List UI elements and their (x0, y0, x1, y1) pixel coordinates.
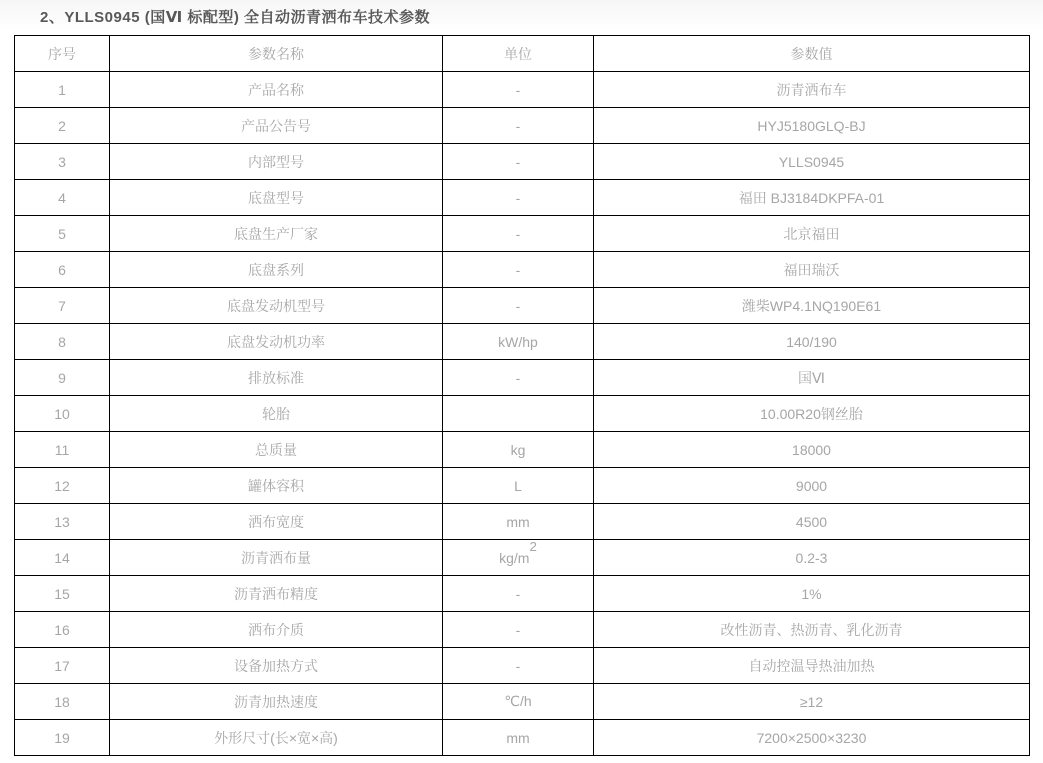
cell-no: 12 (15, 468, 110, 504)
table-row: 8 底盘发动机功率 kW/hp 140/190 (15, 324, 1030, 360)
cell-unit: mm (443, 720, 594, 756)
unit-text: - (516, 118, 521, 134)
cell-param-name: 洒布宽度 (110, 504, 443, 540)
cell-no: 6 (15, 252, 110, 288)
cell-no: 14 (15, 540, 110, 576)
unit-text: - (516, 154, 521, 170)
cell-param-name: 内部型号 (110, 144, 443, 180)
cell-unit: - (443, 108, 594, 144)
cell-param-name: 外形尺寸(长×宽×高) (110, 720, 443, 756)
table-row: 15 沥青洒布精度 - 1% (15, 576, 1030, 612)
header-param-value: 参数值 (594, 36, 1030, 72)
table-row: 19 外形尺寸(长×宽×高) mm 7200×2500×3230 (15, 720, 1030, 756)
unit-text: - (516, 226, 521, 242)
cell-param-value: 自动控温导热油加热 (594, 648, 1030, 684)
cell-no: 7 (15, 288, 110, 324)
cell-param-name: 沥青加热速度 (110, 684, 443, 720)
cell-no: 9 (15, 360, 110, 396)
unit-text: - (516, 190, 521, 206)
cell-param-value: 改性沥青、热沥青、乳化沥青 (594, 612, 1030, 648)
cell-no: 8 (15, 324, 110, 360)
cell-unit: - (443, 288, 594, 324)
cell-param-value: 18000 (594, 432, 1030, 468)
cell-no: 17 (15, 648, 110, 684)
cell-unit: ℃/h (443, 684, 594, 720)
page: 2、YLLS0945 (国Ⅵ 标配型) 全自动沥青洒布车技术参数 序号 参数名称… (0, 0, 1043, 763)
cell-unit: L (443, 468, 594, 504)
unit-text: mm (506, 514, 529, 530)
cell-unit: kg/m2 (443, 540, 594, 576)
cell-no: 10 (15, 396, 110, 432)
cell-param-value: 0.2-3 (594, 540, 1030, 576)
cell-unit (443, 396, 594, 432)
cell-no: 13 (15, 504, 110, 540)
cell-param-name: 沥青洒布精度 (110, 576, 443, 612)
table-header-row: 序号 参数名称 单位 参数值 (15, 36, 1030, 72)
cell-param-name: 底盘型号 (110, 180, 443, 216)
cell-param-value: 140/190 (594, 324, 1030, 360)
cell-unit: - (443, 576, 594, 612)
table-row: 12 罐体容积 L 9000 (15, 468, 1030, 504)
cell-param-name: 底盘系列 (110, 252, 443, 288)
table-row: 14 沥青洒布量 kg/m2 0.2-3 (15, 540, 1030, 576)
cell-param-value: 1% (594, 576, 1030, 612)
table-row: 6 底盘系列 - 福田瑞沃 (15, 252, 1030, 288)
table-row: 10 轮胎 10.00R20钢丝胎 (15, 396, 1030, 432)
table-row: 18 沥青加热速度 ℃/h ≥12 (15, 684, 1030, 720)
unit-text: - (516, 370, 521, 386)
cell-param-name: 底盘发动机功率 (110, 324, 443, 360)
cell-no: 1 (15, 72, 110, 108)
cell-param-name: 产品公告号 (110, 108, 443, 144)
cell-param-value: 福田 BJ3184DKPFA-01 (594, 180, 1030, 216)
cell-no: 16 (15, 612, 110, 648)
cell-unit: - (443, 180, 594, 216)
cell-no: 18 (15, 684, 110, 720)
cell-no: 11 (15, 432, 110, 468)
unit-text: L (514, 478, 522, 494)
cell-unit: kg (443, 432, 594, 468)
table-row: 17 设备加热方式 - 自动控温导热油加热 (15, 648, 1030, 684)
cell-param-value: 沥青洒布车 (594, 72, 1030, 108)
cell-no: 3 (15, 144, 110, 180)
cell-param-value: HYJ5180GLQ-BJ (594, 108, 1030, 144)
table-row: 4 底盘型号 - 福田 BJ3184DKPFA-01 (15, 180, 1030, 216)
cell-unit: mm (443, 504, 594, 540)
unit-text: mm (506, 730, 529, 746)
cell-unit: - (443, 612, 594, 648)
cell-param-value: 7200×2500×3230 (594, 720, 1030, 756)
header-param-name: 参数名称 (110, 36, 443, 72)
header-unit: 单位 (443, 36, 594, 72)
cell-param-name: 底盘生产厂家 (110, 216, 443, 252)
unit-text: kg/m (499, 550, 529, 566)
table-row: 7 底盘发动机型号 - 潍柴WP4.1NQ190E61 (15, 288, 1030, 324)
cell-param-name: 产品名称 (110, 72, 443, 108)
cell-no: 2 (15, 108, 110, 144)
cell-no: 5 (15, 216, 110, 252)
table-row: 2 产品公告号 - HYJ5180GLQ-BJ (15, 108, 1030, 144)
table-row: 16 洒布介质 - 改性沥青、热沥青、乳化沥青 (15, 612, 1030, 648)
table-row: 1 产品名称 - 沥青洒布车 (15, 72, 1030, 108)
table-row: 3 内部型号 - YLLS0945 (15, 144, 1030, 180)
cell-param-value: ≥12 (594, 684, 1030, 720)
cell-param-name: 沥青洒布量 (110, 540, 443, 576)
table-row: 13 洒布宽度 mm 4500 (15, 504, 1030, 540)
cell-param-name: 设备加热方式 (110, 648, 443, 684)
unit-text: kg (511, 442, 526, 458)
cell-param-value: 潍柴WP4.1NQ190E61 (594, 288, 1030, 324)
cell-param-name: 排放标准 (110, 360, 443, 396)
cell-unit: kW/hp (443, 324, 594, 360)
cell-unit: - (443, 360, 594, 396)
cell-param-name: 底盘发动机型号 (110, 288, 443, 324)
cell-param-value: 国Ⅵ (594, 360, 1030, 396)
cell-unit: - (443, 144, 594, 180)
cell-unit: - (443, 252, 594, 288)
unit-text: - (516, 586, 521, 602)
cell-unit: - (443, 648, 594, 684)
unit-text: ℃/h (504, 693, 531, 709)
unit-superscript: 2 (529, 540, 536, 554)
cell-param-value: 北京福田 (594, 216, 1030, 252)
cell-no: 4 (15, 180, 110, 216)
cell-unit: - (443, 72, 594, 108)
header-no: 序号 (15, 36, 110, 72)
cell-param-name: 轮胎 (110, 396, 443, 432)
cell-param-value: 福田瑞沃 (594, 252, 1030, 288)
table-row: 11 总质量 kg 18000 (15, 432, 1030, 468)
cell-param-name: 罐体容积 (110, 468, 443, 504)
unit-text: - (516, 298, 521, 314)
cell-no: 15 (15, 576, 110, 612)
parameters-table: 序号 参数名称 单位 参数值 1 产品名称 - 沥青洒布车 2 产品公告号 - … (14, 35, 1030, 756)
unit-text: - (516, 262, 521, 278)
cell-no: 19 (15, 720, 110, 756)
unit-text: - (516, 622, 521, 638)
cell-param-name: 总质量 (110, 432, 443, 468)
cell-unit: - (443, 216, 594, 252)
unit-text: kW/hp (498, 334, 538, 350)
cell-param-value: YLLS0945 (594, 144, 1030, 180)
table-row: 9 排放标准 - 国Ⅵ (15, 360, 1030, 396)
cell-param-value: 10.00R20钢丝胎 (594, 396, 1030, 432)
table-row: 5 底盘生产厂家 - 北京福田 (15, 216, 1030, 252)
unit-text: - (516, 658, 521, 674)
unit-text: - (516, 82, 521, 98)
cell-param-value: 4500 (594, 504, 1030, 540)
page-title: 2、YLLS0945 (国Ⅵ 标配型) 全自动沥青洒布车技术参数 (40, 6, 430, 27)
cell-param-name: 洒布介质 (110, 612, 443, 648)
cell-param-value: 9000 (594, 468, 1030, 504)
